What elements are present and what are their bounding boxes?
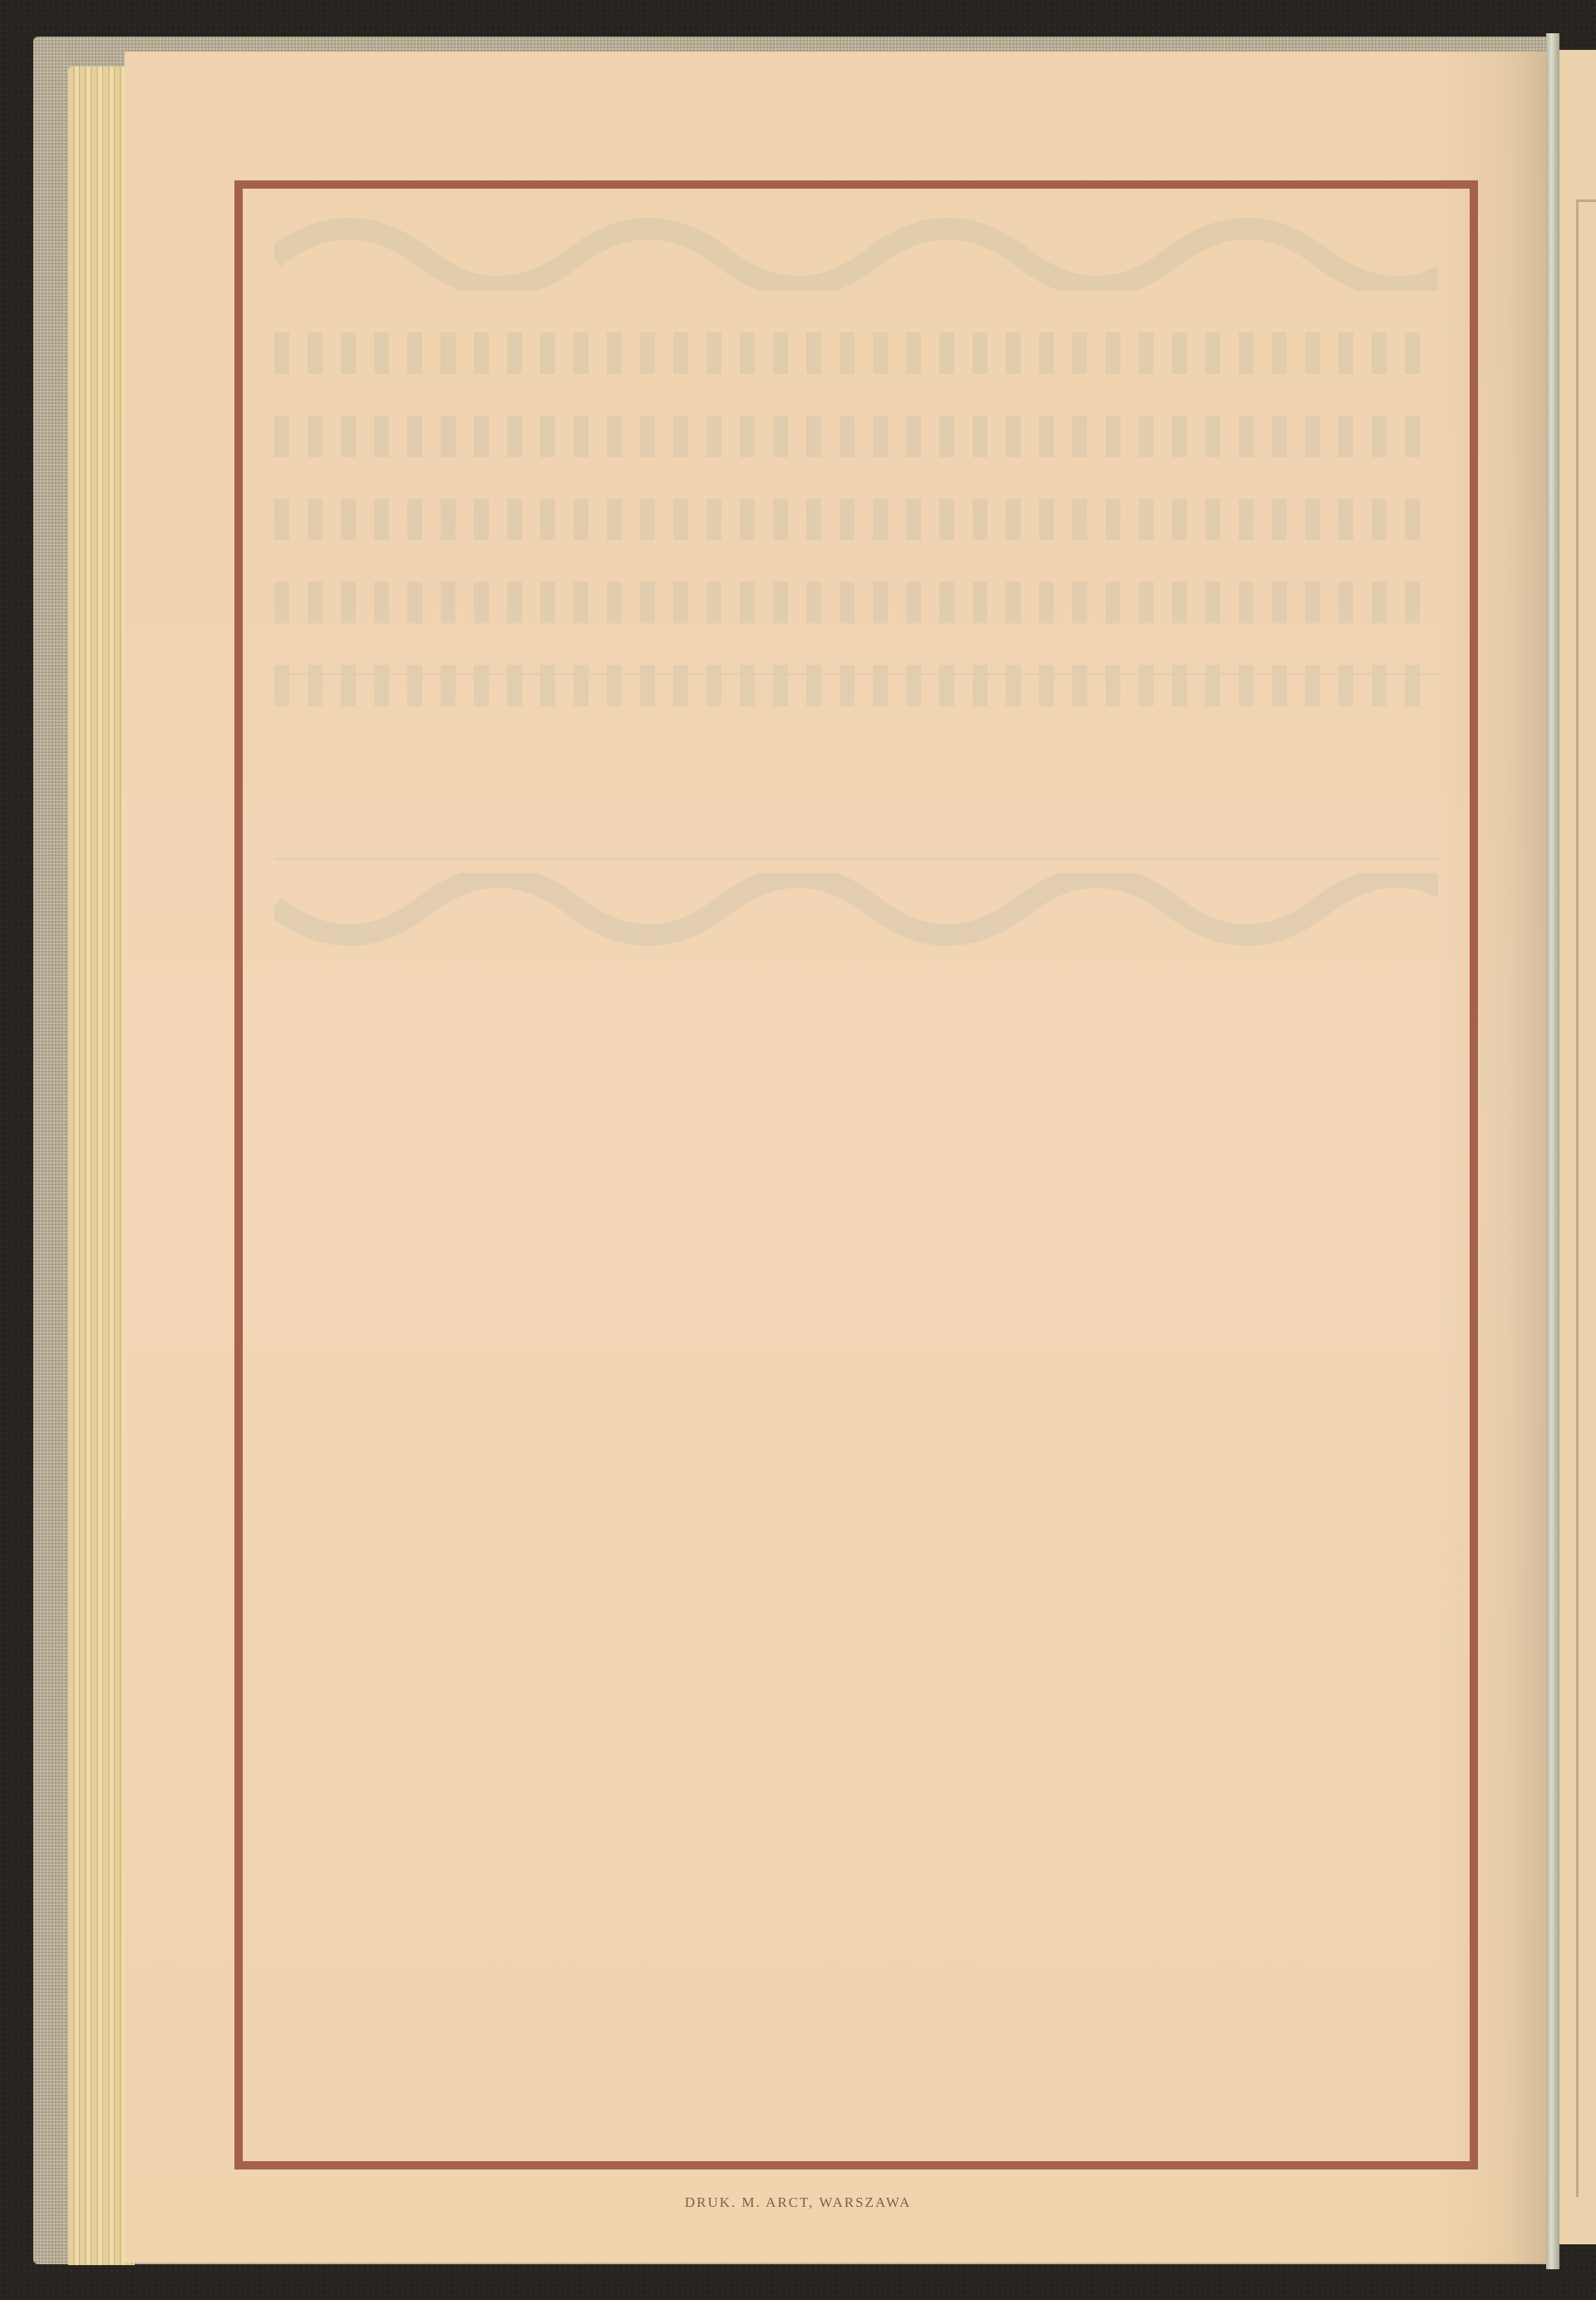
imprint-text: DRUK. M. ARCT, WARSZAWA: [685, 2194, 912, 2211]
facing-page-edge: [1559, 50, 1596, 2244]
facing-page-frame: [1576, 199, 1596, 2197]
decorative-border-frame: [234, 180, 1478, 2169]
printer-imprint: DRUK. M. ARCT, WARSZAWA: [0, 2194, 1596, 2211]
book-gutter: [1546, 33, 1559, 2269]
